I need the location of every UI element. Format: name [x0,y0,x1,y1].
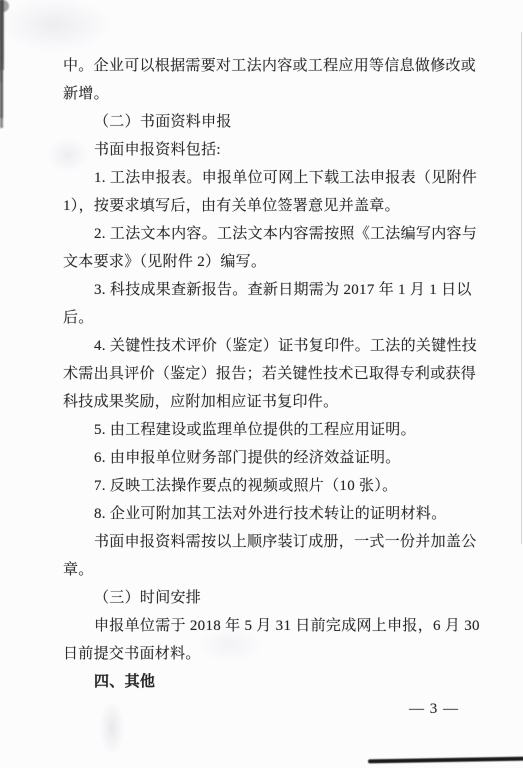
text-line: 日前提交书面材料。 [63,640,471,668]
document-content: 中。企业可以根据需要对工法内容或工程应用等信息做修改或 新增。 （二）书面资料申… [63,52,471,696]
scanned-document-page: 中。企业可以根据需要对工法内容或工程应用等信息做修改或 新增。 （二）书面资料申… [0,0,523,768]
text-line: 书面申报资料包括: [63,136,471,164]
section-heading: （三）时间安排 [63,584,471,612]
text-line: 申报单位需于 2018 年 5 月 31 日前完成网上申报，6 月 30 [63,612,471,640]
list-item: 4. 关键性技术评价（鉴定）证书复印件。工法的关键性技 [63,332,471,360]
section-heading-bold: 四、其他 [63,668,471,696]
text-line: 术需出具评价（鉴定）报告；若关键性技术已取得专利或获得 [63,360,471,388]
list-item: 7. 反映工法操作要点的视频或照片（10 张）。 [63,472,471,500]
scan-artifact-bottom-line [368,757,523,764]
text-line: 1），按要求填写后，由有关单位签署意见并盖章。 [63,192,471,220]
list-item: 5. 由工程建设或监理单位提供的工程应用证明。 [63,416,471,444]
text-line: 文本要求》（见附件 2）编写。 [63,248,471,276]
text-line: 后。 [63,304,471,332]
text-line: 书面申报资料需按以上顺序装订成册，一式一份并加盖公 [63,528,471,556]
text-line: 章。 [63,556,471,584]
page-number: — 3 — [409,701,459,718]
text-line: 中。企业可以根据需要对工法内容或工程应用等信息做修改或 [63,52,471,80]
list-item: 2. 工法文本内容。工法文本内容需按照《工法编写内容与 [63,220,471,248]
text-line: 新增。 [63,80,471,108]
list-item: 3. 科技成果查新报告。查新日期需为 2017 年 1 月 1 日以 [63,276,471,304]
scan-artifact-right-edge [521,32,523,544]
list-item: 8. 企业可附加其工法对外进行技术转让的证明材料。 [63,500,471,528]
list-item: 6. 由申报单位财务部门提供的经济效益证明。 [63,444,471,472]
text-line: 科技成果奖励，应附加相应证书复印件。 [63,388,471,416]
scan-artifact-left-edge [2,0,9,12]
section-heading: （二）书面资料申报 [63,108,471,136]
list-item: 1. 工法申报表。申报单位可网上下载工法申报表（见附件 [63,164,471,192]
